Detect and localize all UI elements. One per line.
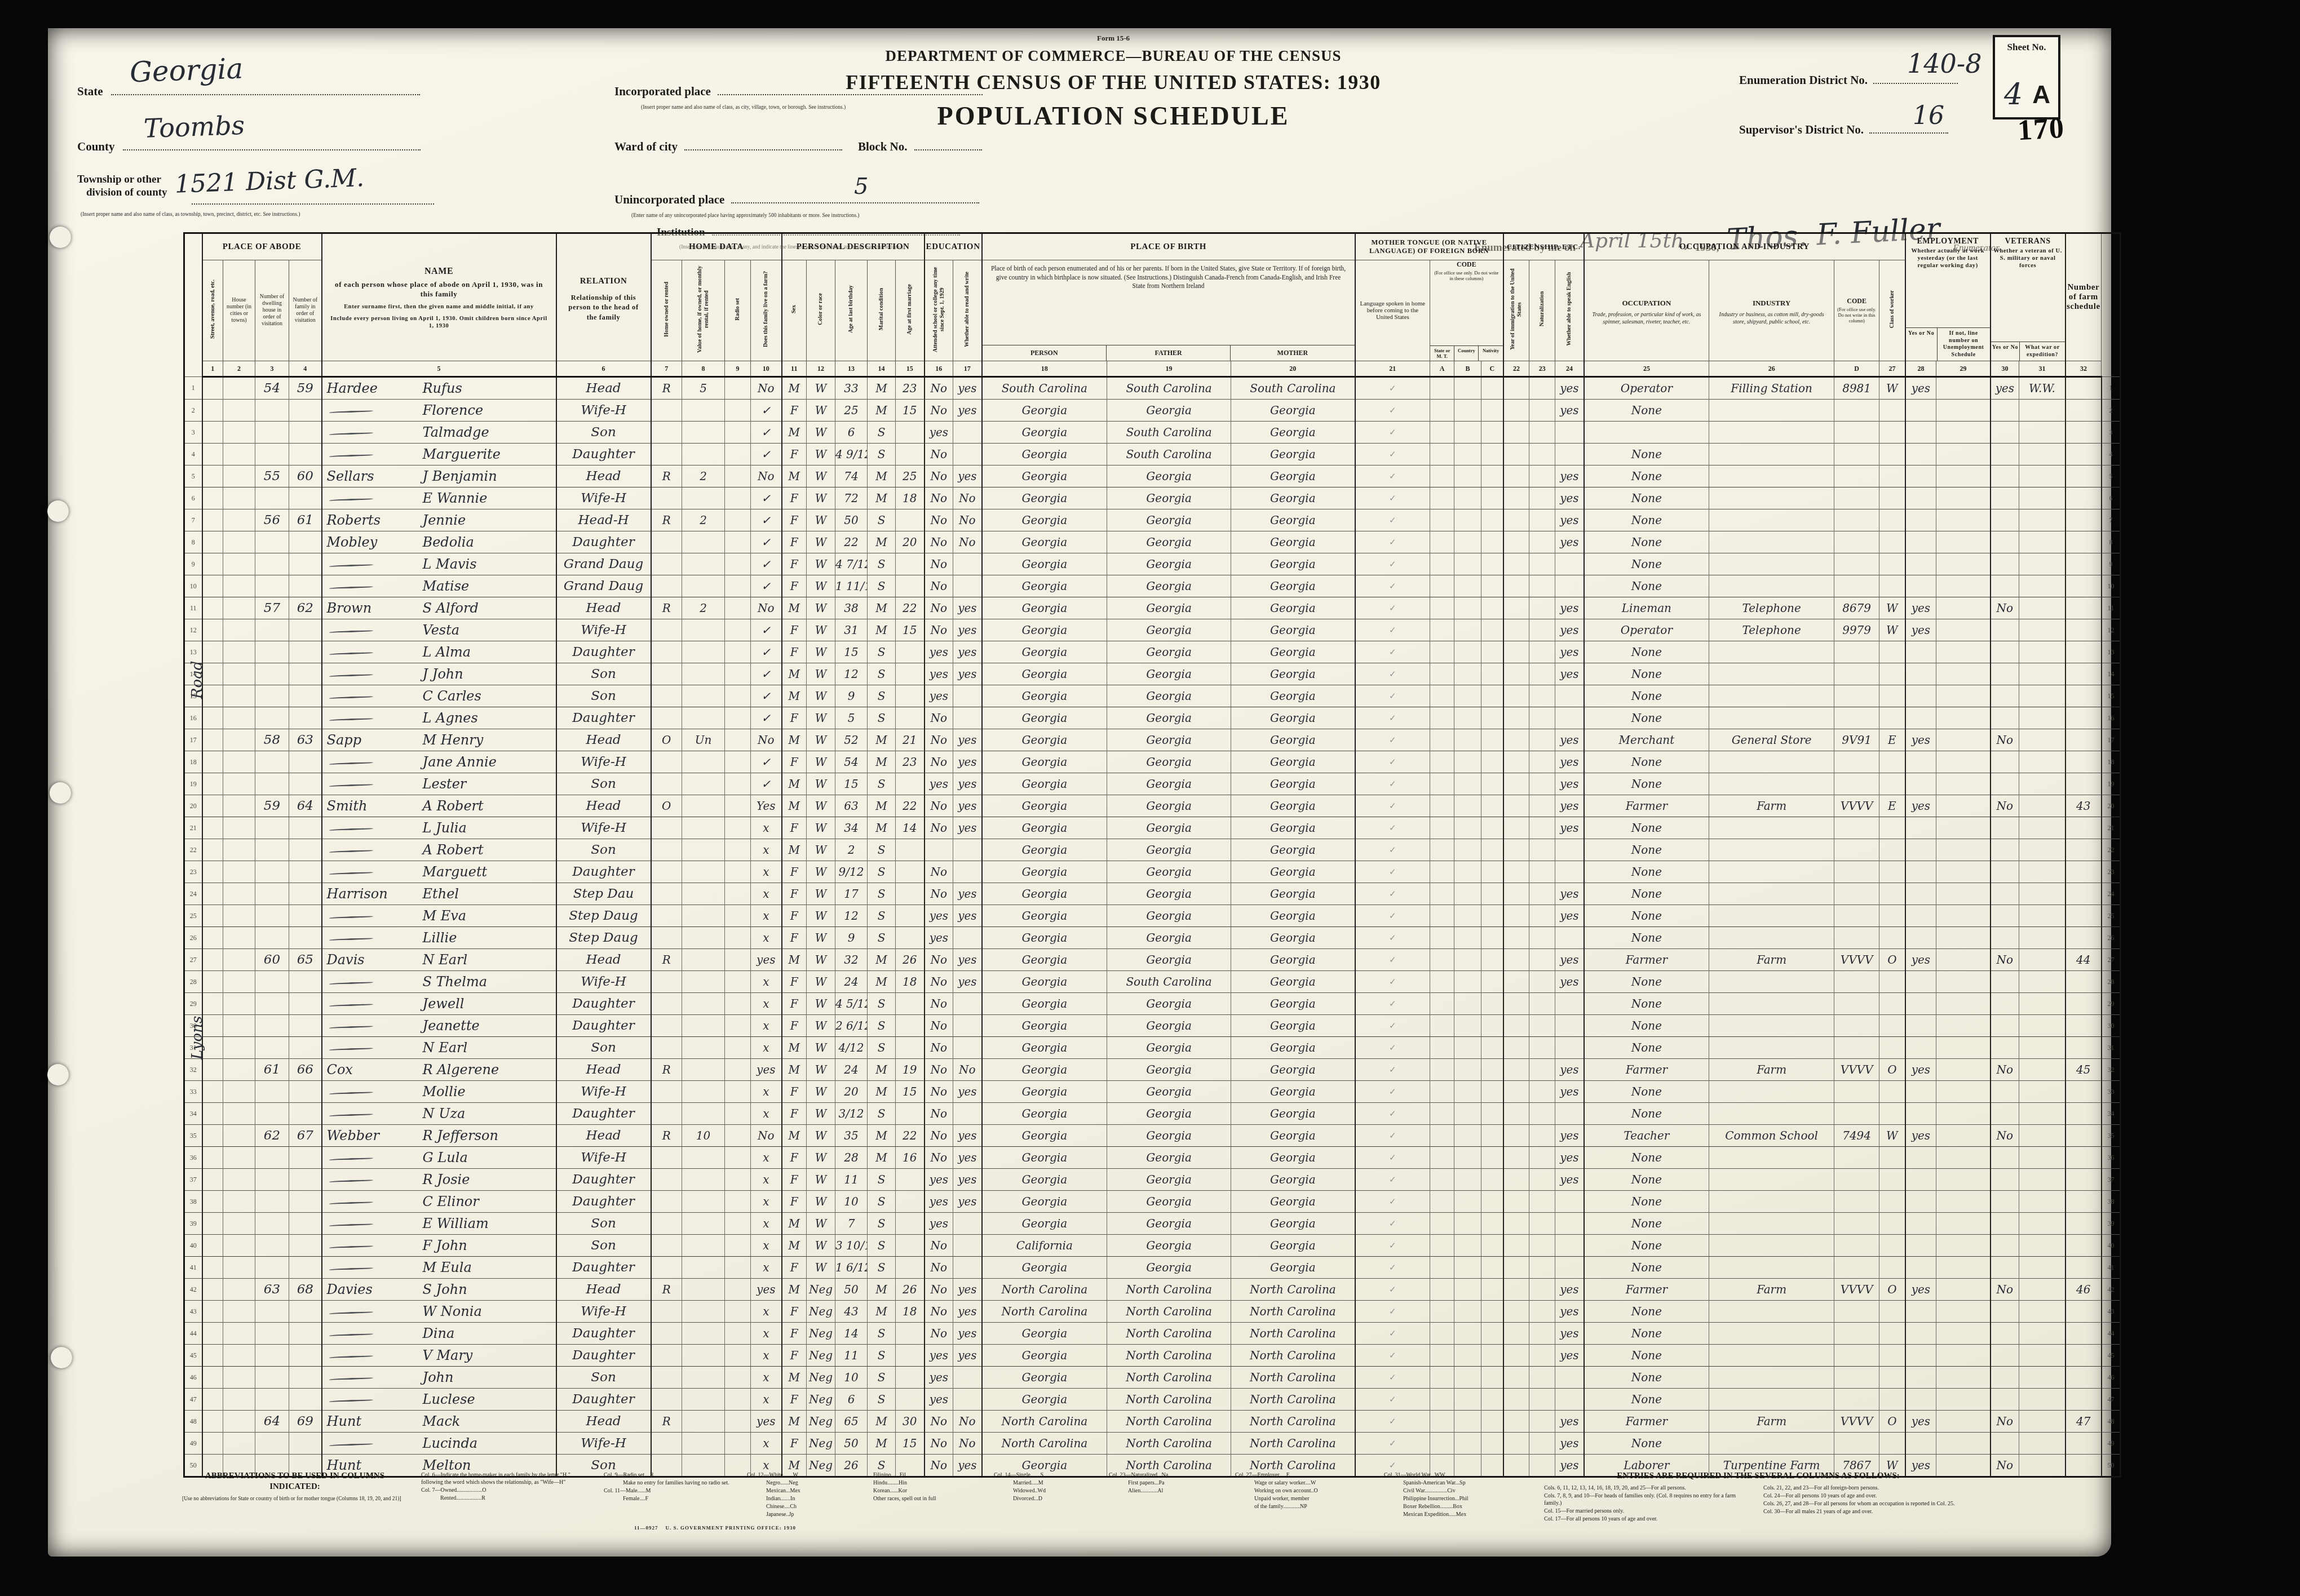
cell-yim: [1503, 1301, 1529, 1323]
cell-farm: ✓: [751, 773, 782, 795]
cell-yim: [1503, 773, 1529, 795]
cell-d: 64: [255, 1411, 289, 1433]
cell-house: [223, 1191, 255, 1213]
cell-f: [289, 553, 322, 575]
cell-rw: yes: [953, 1345, 982, 1367]
cell-empl: [1936, 1147, 1991, 1169]
cell-street: [202, 1433, 223, 1455]
cell-val: [682, 1323, 725, 1345]
cell-race: W: [807, 509, 835, 531]
cell-radio: [725, 1147, 751, 1169]
cell-mar: S: [868, 1037, 896, 1059]
cell-vet: [1991, 751, 2019, 773]
cell-street: [202, 927, 223, 949]
cell-fs: [2065, 663, 2102, 685]
cell-bpf: North Carolina: [1107, 1411, 1231, 1433]
cell-cB: [1454, 795, 1481, 817]
cell-sch: No: [925, 729, 953, 751]
cell-d: [255, 575, 289, 597]
ward-line: [684, 149, 842, 150]
ditto-mark: [327, 430, 375, 437]
cell-bpm: North Carolina: [1231, 1411, 1355, 1433]
cell-eng: yes: [1555, 751, 1584, 773]
cell-own: [651, 839, 682, 861]
cell-race: W: [807, 466, 835, 487]
cell-rel: Daughter: [556, 993, 651, 1015]
cell-bpf: Georgia: [1107, 1125, 1231, 1147]
cell-sex: F: [782, 707, 807, 729]
cell-rel: Step Daug: [556, 927, 651, 949]
cell-sex: M: [782, 685, 807, 707]
cell-code: [1834, 466, 1879, 487]
cell-ind: [1709, 839, 1834, 861]
cell-ind: Telephone: [1709, 597, 1834, 619]
cell-name: Florence: [322, 400, 556, 422]
cell-agem: [896, 927, 925, 949]
cell-cls: [1879, 905, 1905, 927]
cell-radio: [725, 663, 751, 685]
cell-cA: [1430, 575, 1454, 597]
cell-cC: [1481, 1103, 1503, 1125]
cell-sch: No: [925, 487, 953, 509]
cell-occ: None: [1584, 487, 1709, 509]
cell-house: [223, 1147, 255, 1169]
table-row: 16L AgnesDaughter✓FW5SNoGeorgiaGeorgiaGe…: [184, 707, 2121, 729]
cell-house: [223, 817, 255, 839]
cell-nat: [1529, 663, 1555, 685]
line-number: 21: [184, 817, 202, 839]
cell-cB: [1454, 1389, 1481, 1411]
cell-street: [202, 377, 223, 400]
cell-vet: [1991, 619, 2019, 641]
cell-mar: M: [868, 597, 896, 619]
cell-f: [289, 1345, 322, 1367]
print-code: 11—0927: [634, 1525, 658, 1531]
cell-radio: [725, 553, 751, 575]
cell-rel: Daughter: [556, 707, 651, 729]
cell-race: Neg: [807, 1323, 835, 1345]
cell-code: 9979: [1834, 619, 1879, 641]
cell-race: W: [807, 839, 835, 861]
cell-rel: Son: [556, 1213, 651, 1235]
cell-war: [2019, 400, 2065, 422]
ditto-mark: [327, 408, 375, 415]
line-number: 23: [184, 861, 202, 883]
cell-street: [202, 531, 223, 553]
cell-agem: 18: [896, 971, 925, 993]
state-line: [111, 94, 420, 95]
cell-bpm: Georgia: [1231, 1125, 1355, 1147]
footer-item: of the family............NP: [1235, 1503, 1370, 1510]
cell-nat: [1529, 1411, 1555, 1433]
cell-vet: [1991, 1345, 2019, 1367]
cell-sch: yes: [925, 1169, 953, 1191]
cell-tongue: ✓: [1355, 1081, 1430, 1103]
cell-ind: [1709, 1301, 1834, 1323]
cell-cls: [1879, 422, 1905, 444]
cell-ind: [1709, 817, 1834, 839]
cell-ind: [1709, 1433, 1834, 1455]
cell-tongue: ✓: [1355, 641, 1430, 663]
table-row: 47LucleseDaughterxFNeg6SyesGeorgiaNorth …: [184, 1389, 2121, 1411]
line-number: 2: [184, 400, 202, 422]
cell-own: R: [651, 1059, 682, 1081]
cell-war: [2019, 993, 2065, 1015]
cell-cA: [1430, 1279, 1454, 1301]
cell-cB: [1454, 1235, 1481, 1257]
cell-radio: [725, 422, 751, 444]
cell-own: [651, 751, 682, 773]
ditto-mark: [327, 562, 375, 569]
cell-val: [682, 949, 725, 971]
cell-cls: [1879, 1389, 1905, 1411]
ditto-mark: [327, 1111, 375, 1118]
cell-own: [651, 400, 682, 422]
sup-district-value: 16: [1913, 101, 1944, 130]
cell-yim: [1503, 1213, 1529, 1235]
cell-farm: ✓: [751, 685, 782, 707]
cell-d: [255, 1015, 289, 1037]
line-number: 37: [184, 1169, 202, 1191]
cell-eng: [1555, 1037, 1584, 1059]
cell-empl: [1936, 1059, 1991, 1081]
cell-cls: [1879, 839, 1905, 861]
cell-val: [682, 971, 725, 993]
cell-eng: [1555, 1103, 1584, 1125]
cell-name: MobleyBedolia: [322, 531, 556, 553]
cell-bpf: Georgia: [1107, 1213, 1231, 1235]
cell-eng: yes: [1555, 1323, 1584, 1345]
footer-item: Boxer Rebellion.........Box: [1384, 1503, 1531, 1510]
cell-rel: Head: [556, 466, 651, 487]
cell-tongue: ✓: [1355, 1389, 1430, 1411]
cell-age: 5: [835, 707, 868, 729]
col-header-read-write: Whether able to read and write: [953, 260, 982, 361]
cell-empl: [1936, 993, 1991, 1015]
cell-agem: [896, 883, 925, 905]
cell-cB: [1454, 905, 1481, 927]
cell-code: VVVV: [1834, 1059, 1879, 1081]
cell-own: R: [651, 949, 682, 971]
cell-d: [255, 971, 289, 993]
cell-agem: [896, 1389, 925, 1411]
cell-cC: [1481, 400, 1503, 422]
cell-ind: [1709, 1015, 1834, 1037]
cell-d: [255, 993, 289, 1015]
footer-item: Col. 9—Radio set....R: [604, 1471, 733, 1479]
cell-race: W: [807, 663, 835, 685]
cell-occ: Farmer: [1584, 1411, 1709, 1433]
cell-val: [682, 1345, 725, 1367]
cell-name: Marguerite: [322, 444, 556, 466]
cell-agem: 14: [896, 817, 925, 839]
cell-age: 17: [835, 883, 868, 905]
cell-own: [651, 817, 682, 839]
cell-vet: [1991, 1367, 2019, 1389]
cell-own: [651, 883, 682, 905]
cell-d: [255, 663, 289, 685]
cell-street: [202, 1169, 223, 1191]
line-number: 24: [184, 883, 202, 905]
cell-vet: [1991, 1147, 2019, 1169]
cell-nat: [1529, 575, 1555, 597]
cell-bpf: Georgia: [1107, 1169, 1231, 1191]
cell-val: 10: [682, 1125, 725, 1147]
cell-age: 3 10/12: [835, 1235, 868, 1257]
cell-f: [289, 531, 322, 553]
cell-race: W: [807, 1037, 835, 1059]
enum-district-line: [1873, 82, 1958, 84]
cell-age: 2 6/12: [835, 1015, 868, 1037]
cell-age: 6: [835, 422, 868, 444]
cell-cls: [1879, 707, 1905, 729]
cell-war: [2019, 466, 2065, 487]
cell-mar: M: [868, 817, 896, 839]
footer-item: Col. 14—Single.......S: [994, 1471, 1095, 1479]
cell-occ: None: [1584, 663, 1709, 685]
cell-nat: [1529, 1169, 1555, 1191]
cell-sch: No: [925, 861, 953, 883]
cell-rw: yes: [953, 751, 982, 773]
cell-age: 1 6/12: [835, 1257, 868, 1279]
cell-own: [651, 685, 682, 707]
cell-rw: [953, 1257, 982, 1279]
cell-street: [202, 1059, 223, 1081]
cell-mar: M: [868, 1081, 896, 1103]
cell-yim: [1503, 400, 1529, 422]
cell-d: [255, 1367, 289, 1389]
cell-bpm: Georgia: [1231, 839, 1355, 861]
cell-ind: [1709, 422, 1834, 444]
cell-rel: Head: [556, 1411, 651, 1433]
cell-yim: [1503, 817, 1529, 839]
cell-yim: [1503, 1037, 1529, 1059]
col-header-family-number: Number of family in order of visitation: [289, 260, 322, 361]
cell-age: 3/12: [835, 1103, 868, 1125]
cell-radio: [725, 619, 751, 641]
cell-name: Jewell: [322, 993, 556, 1015]
unincorporated-line: [731, 202, 979, 203]
cell-cA: [1430, 839, 1454, 861]
cell-cC: [1481, 663, 1503, 685]
cell-fs: [2065, 509, 2102, 531]
cell-agem: 15: [896, 619, 925, 641]
cell-own: [651, 1169, 682, 1191]
cell-war: [2019, 1147, 2065, 1169]
cell-war: [2019, 1213, 2065, 1235]
cell-vet: [1991, 971, 2019, 993]
cell-mar: S: [868, 1345, 896, 1367]
cell-bpf: Georgia: [1107, 685, 1231, 707]
cell-rw: No: [953, 1411, 982, 1433]
cell-cls: [1879, 1433, 1905, 1455]
cell-emp: [1905, 839, 1936, 861]
cell-rw: yes: [953, 400, 982, 422]
cell-farm: No: [751, 1125, 782, 1147]
cell-cC: [1481, 795, 1503, 817]
cell-cA: [1430, 817, 1454, 839]
line-number-right: 33: [2102, 1081, 2121, 1103]
ditto-mark: [327, 1001, 375, 1008]
table-row: 21L JuliaWife-HxFW34M14NoyesGeorgiaGeorg…: [184, 817, 2121, 839]
cell-cA: [1430, 1301, 1454, 1323]
cell-rw: [953, 861, 982, 883]
cell-vet: [1991, 839, 2019, 861]
cell-rw: yes: [953, 1301, 982, 1323]
cell-rel: Daughter: [556, 861, 651, 883]
cell-occ: None: [1584, 751, 1709, 773]
cell-rel: Daughter: [556, 1191, 651, 1213]
cell-fs: [2065, 861, 2102, 883]
cell-nat: [1529, 553, 1555, 575]
footer-item: Unpaid worker, member: [1235, 1495, 1370, 1502]
cell-mar: S: [868, 663, 896, 685]
col-header-age: Age at last birthday: [835, 260, 868, 361]
cell-farm: x: [751, 1389, 782, 1411]
cell-cls: [1879, 1081, 1905, 1103]
cell-f: [289, 663, 322, 685]
cell-ind: Filling Station: [1709, 377, 1834, 400]
cell-bp: Georgia: [982, 575, 1107, 597]
footer-col9-11: Col. 9—Radio set....RMake no entry for f…: [604, 1471, 733, 1523]
cell-own: [651, 1367, 682, 1389]
cell-bpm: Georgia: [1231, 773, 1355, 795]
cell-bp: Georgia: [982, 751, 1107, 773]
cell-farm: x: [751, 1191, 782, 1213]
cell-war: [2019, 1367, 2065, 1389]
cell-eng: yes: [1555, 1059, 1584, 1081]
cell-street: [202, 993, 223, 1015]
cell-race: W: [807, 1015, 835, 1037]
county-label: County: [77, 140, 115, 153]
cell-nat: [1529, 773, 1555, 795]
cell-sex: M: [782, 1037, 807, 1059]
cell-name: SmithA Robert: [322, 795, 556, 817]
cell-radio: [725, 729, 751, 751]
cell-sex: F: [782, 817, 807, 839]
cell-rw: [953, 993, 982, 1015]
cell-eng: yes: [1555, 883, 1584, 905]
cell-eng: yes: [1555, 377, 1584, 400]
cell-ind: [1709, 1235, 1834, 1257]
cell-own: [651, 575, 682, 597]
cell-mar: S: [868, 553, 896, 575]
footer-item: Working on own account..O: [1235, 1487, 1370, 1495]
cell-occ: None: [1584, 1389, 1709, 1411]
cell-d: [255, 1433, 289, 1455]
cell-ind: [1709, 993, 1834, 1015]
cell-nat: [1529, 466, 1555, 487]
footer-col12: Col. 12—White.......WNegro......NegMexic…: [747, 1471, 860, 1523]
table-row: 6E WannieWife-H✓FW72M18NoNoGeorgiaGeorgi…: [184, 487, 2121, 509]
footer-item: Divorced...D: [994, 1495, 1095, 1502]
cell-age: 9: [835, 927, 868, 949]
cell-yim: [1503, 487, 1529, 509]
cell-bp: Georgia: [982, 861, 1107, 883]
cell-cC: [1481, 531, 1503, 553]
column-number: 29: [1936, 361, 1991, 377]
cell-nat: [1529, 1191, 1555, 1213]
cell-race: W: [807, 927, 835, 949]
footer-col7: Col. 7—Owned..................ORented...…: [421, 1487, 590, 1502]
cell-bpm: Georgia: [1231, 861, 1355, 883]
cell-name: V Mary: [322, 1345, 556, 1367]
ditto-mark: [327, 848, 375, 854]
cell-radio: [725, 400, 751, 422]
cell-radio: [725, 597, 751, 619]
cell-eng: yes: [1555, 1169, 1584, 1191]
cell-empl: [1936, 466, 1991, 487]
sheet-letter: A: [2032, 81, 2050, 109]
cell-bpf: Georgia: [1107, 509, 1231, 531]
column-number: 5: [322, 361, 556, 377]
cell-d: 58: [255, 729, 289, 751]
cell-farm: x: [751, 1037, 782, 1059]
cell-rel: Wife-H: [556, 619, 651, 641]
cell-bpf: Georgia: [1107, 729, 1231, 751]
township-field: Township or other division of county: [77, 174, 167, 200]
cell-bp: Georgia: [982, 1169, 1107, 1191]
cell-fs: 43: [2065, 795, 2102, 817]
footer-item: Col. 27—Employer.....E: [1235, 1471, 1370, 1479]
column-number: 20: [1231, 361, 1355, 377]
cell-emp: yes: [1905, 1411, 1936, 1433]
cell-vet: No: [1991, 949, 2019, 971]
cell-cB: [1454, 509, 1481, 531]
cell-nat: [1529, 905, 1555, 927]
cell-cls: [1879, 773, 1905, 795]
table-row: 9L MavisGrand Daug✓FW4 7/12SNoGeorgiaGeo…: [184, 553, 2121, 575]
cell-occ: None: [1584, 1323, 1709, 1345]
cell-cls: [1879, 971, 1905, 993]
cell-farm: No: [751, 377, 782, 400]
table-row: 34N UzaDaughterxFW3/12SNoGeorgiaGeorgiaG…: [184, 1103, 2121, 1125]
ditto-mark: [327, 1199, 375, 1206]
cell-race: W: [807, 751, 835, 773]
line-number: 34: [184, 1103, 202, 1125]
cell-bpf: North Carolina: [1107, 1433, 1231, 1455]
footer-col31: Col. 31—World War...WWSpanish-American W…: [1384, 1471, 1531, 1523]
cell-empl: [1936, 422, 1991, 444]
cell-d: [255, 1147, 289, 1169]
cell-street: [202, 729, 223, 751]
cell-war: [2019, 509, 2065, 531]
cell-cB: [1454, 1169, 1481, 1191]
cell-d: [255, 927, 289, 949]
cell-cC: [1481, 707, 1503, 729]
column-number: 8: [682, 361, 725, 377]
cell-ind: [1709, 883, 1834, 905]
cell-street: [202, 466, 223, 487]
cell-war: [2019, 1389, 2065, 1411]
cell-radio: [725, 993, 751, 1015]
cell-street: [202, 400, 223, 422]
cell-tongue: ✓: [1355, 1125, 1430, 1147]
cell-cB: [1454, 1147, 1481, 1169]
cell-tongue: ✓: [1355, 949, 1430, 971]
cell-cA: [1430, 905, 1454, 927]
cell-bpm: North Carolina: [1231, 1301, 1355, 1323]
table-row: 12VestaWife-H✓FW31M15NoyesGeorgiaGeorgia…: [184, 619, 2121, 641]
cell-sex: M: [782, 1411, 807, 1433]
cell-occ: None: [1584, 509, 1709, 531]
cell-empl: [1936, 509, 1991, 531]
cell-bpf: South Carolina: [1107, 422, 1231, 444]
cell-cA: [1430, 509, 1454, 531]
cell-name: G Lula: [322, 1147, 556, 1169]
cell-race: W: [807, 1059, 835, 1081]
cell-farm: x: [751, 839, 782, 861]
